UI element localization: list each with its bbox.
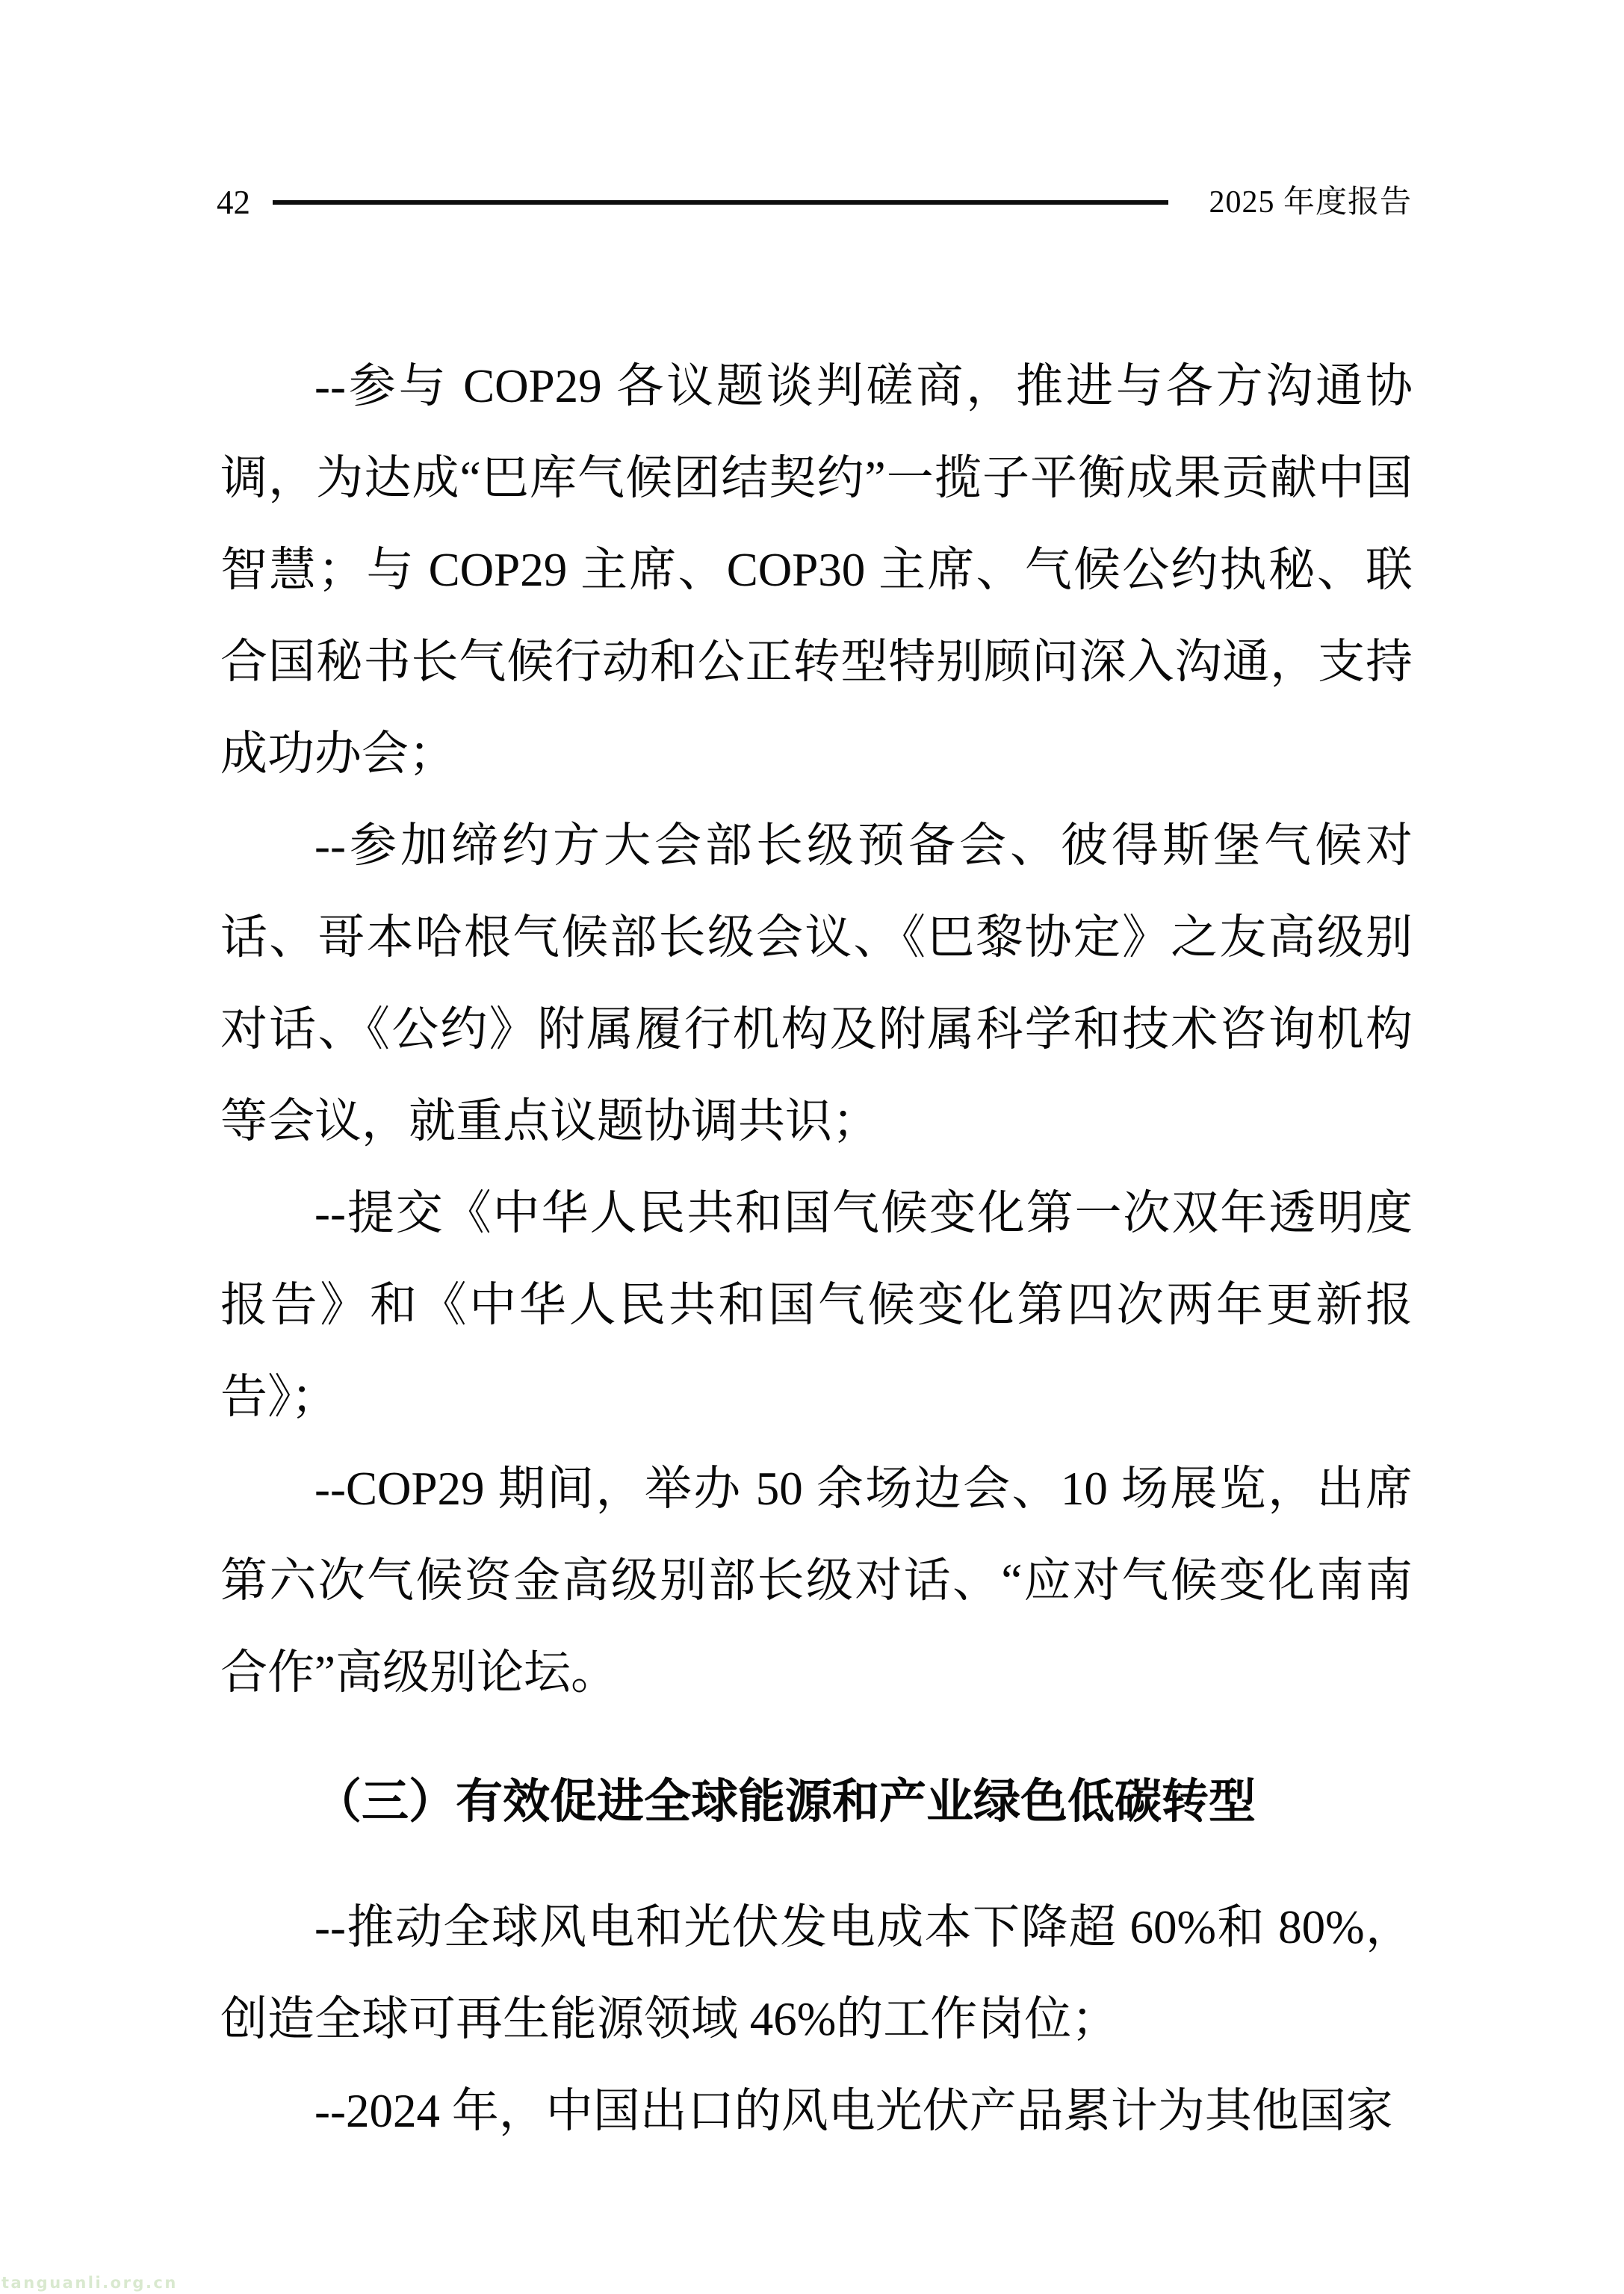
site-watermark: tanguanli.org.cn <box>1 2274 178 2292</box>
document-body: --参与 COP29 各议题谈判磋商，推进与各方沟通协调，为达成“巴库气候团结契… <box>220 341 1413 2157</box>
body-paragraph: --推动全球风电和光伏发电成本下降超 60%和 80%，创造全球可再生能源领域 … <box>220 1882 1413 2065</box>
page-header: 42 2025 年度报告 <box>217 178 1412 227</box>
body-paragraph: --参与 COP29 各议题谈判磋商，推进与各方沟通协调，为达成“巴库气候团结契… <box>220 341 1413 800</box>
body-paragraph: --2024 年，中国出口的风电光伏产品累计为其他国家 <box>220 2065 1413 2157</box>
section-heading: （三）有效促进全球能源和产业绿色低碳转型 <box>220 1756 1413 1848</box>
page-number: 42 <box>217 186 250 220</box>
report-title: 2025 年度报告 <box>1209 187 1412 218</box>
body-paragraph: --参加缔约方大会部长级预备会、彼得斯堡气候对话、哥本哈根气候部长级会议、《巴黎… <box>220 800 1413 1168</box>
body-paragraph: --COP29 期间，举办 50 余场边会、10 场展览，出席第六次气候资金高级… <box>220 1443 1413 1719</box>
body-paragraph: --提交《中华人民共和国气候变化第一次双年透明度报告》和《中华人民共和国气候变化… <box>220 1168 1413 1443</box>
header-rule <box>273 200 1168 205</box>
document-page: 42 2025 年度报告 --参与 COP29 各议题谈判磋商，推进与各方沟通协… <box>0 0 1624 2294</box>
